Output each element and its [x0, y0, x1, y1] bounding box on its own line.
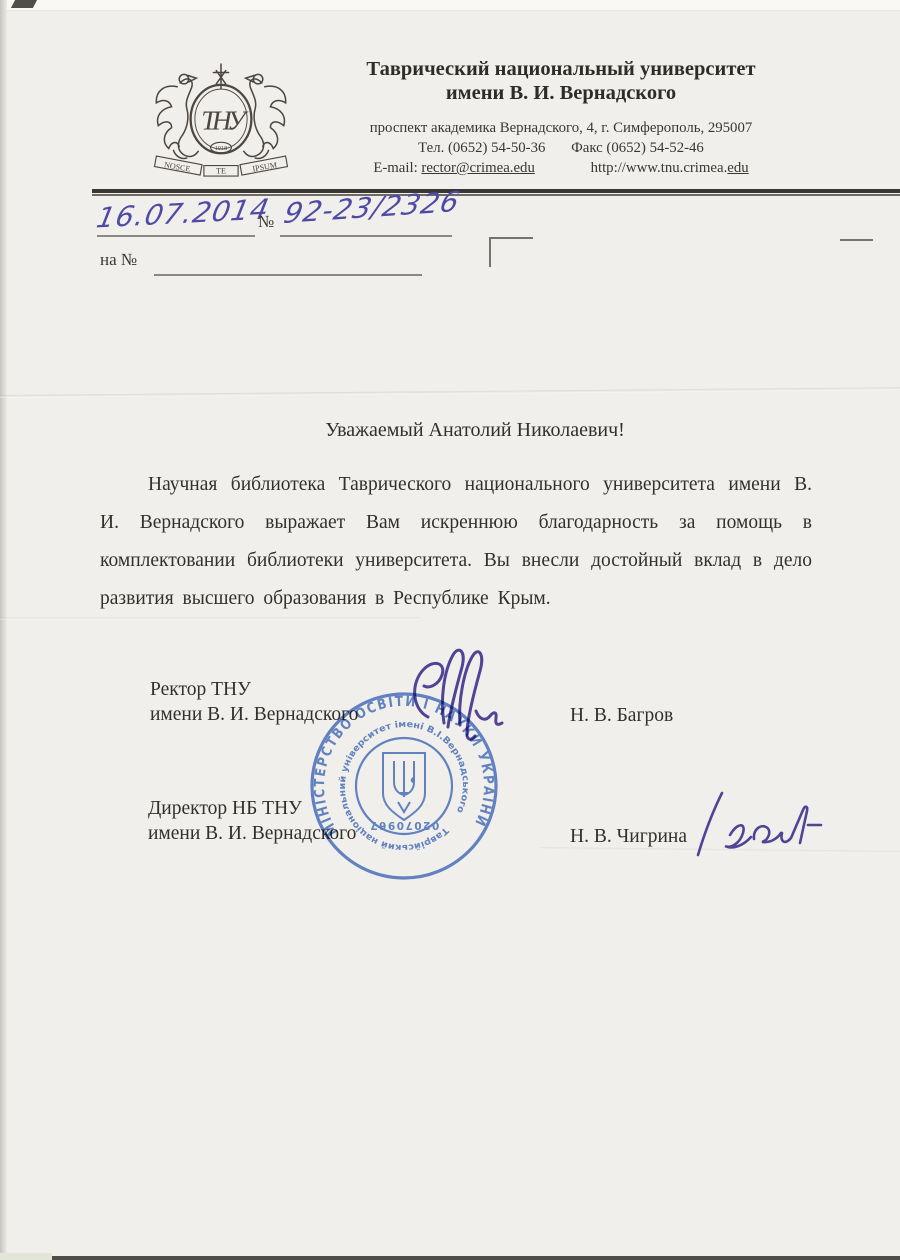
motto-te: TE: [216, 167, 226, 176]
phone-number: Тел. (0652) 54-50-36: [418, 140, 545, 156]
trident-shield-icon: [383, 753, 425, 820]
griffin-right-icon: [244, 74, 286, 158]
scan-edge-bottom-left: [0, 1253, 52, 1260]
signature2-name: Н. В. Чигрина: [570, 826, 687, 848]
email-website-line: E-mail: rector@crimea.edu http://www.tnu…: [313, 160, 809, 177]
signature1-title-line1: Ректор ТНУ: [150, 679, 251, 701]
motto-ipsum: IPSUM: [252, 160, 278, 173]
website-url: http://www.tnu.crimea.edu: [591, 160, 749, 176]
address-corner-mark: [489, 237, 533, 267]
date-underline: [97, 235, 255, 237]
reply-underline: [154, 274, 422, 276]
signature1-name: Н. В. Багров: [570, 705, 673, 727]
fax-number: Факс (0652) 54-52-46: [571, 140, 704, 156]
griffin-left-icon: [156, 74, 198, 158]
scan-notch: [11, 0, 37, 8]
stamp-registration-code: 02070967: [369, 819, 439, 831]
signature2-title-line1: Директор НБ ТНУ: [148, 798, 302, 820]
handwritten-date: 16.07.2014: [94, 193, 273, 235]
org-name-line1: Таврический национальный университет: [313, 58, 809, 82]
logo-monogram: ТНУ: [201, 105, 249, 136]
scan-edge-bottom: [52, 1256, 900, 1260]
letter-body: Научная библиотека Таврического национал…: [100, 466, 812, 618]
letterhead-divider: [92, 189, 900, 196]
salutation: Уважаемый Анатолий Николаевич!: [140, 419, 810, 442]
reply-to-label: на №: [100, 250, 137, 270]
scan-edge-top: [0, 0, 900, 10]
logo-year: 1918: [215, 146, 227, 152]
email-label: E-mail:: [373, 160, 421, 176]
letterhead: Таврический национальный университет име…: [313, 58, 809, 177]
scanned-letter: ТНУ 1918 NOSCE TE IPSUM Таврический наци…: [0, 0, 900, 1260]
address-dash-mark: [840, 239, 873, 241]
scan-edge-left: [0, 0, 7, 1260]
number-underline: [280, 235, 452, 237]
phone-fax-line: Тел. (0652) 54-50-36 Факс (0652) 54-52-4…: [313, 140, 809, 157]
university-coat-of-arms: ТНУ 1918 NOSCE TE IPSUM: [145, 58, 297, 182]
director-signature-ink: [678, 783, 828, 868]
org-name-line2: имени В. И. Вернадского: [313, 82, 809, 106]
number-label: №: [258, 212, 274, 232]
org-address: проспект академика Вернадского, 4, г. Си…: [313, 120, 809, 137]
email-address: rector@crimea.edu: [421, 160, 534, 176]
fold-crease: [0, 387, 900, 398]
rector-signature-ink: [398, 643, 518, 755]
